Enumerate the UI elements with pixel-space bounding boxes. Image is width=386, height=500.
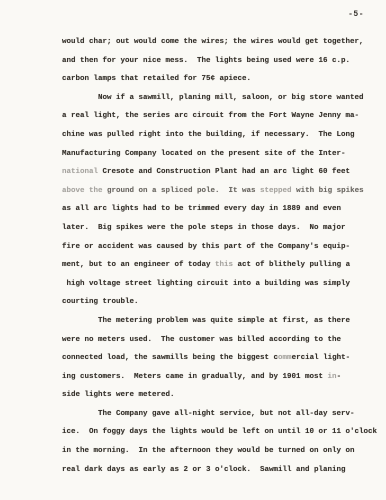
text-segment: high voltage street lighting circuit int… (62, 280, 350, 288)
text-segment: with big spikes (292, 187, 364, 195)
text-segment: ground on a spliced pole. It was (103, 187, 261, 195)
text-segment: connected load, the sawmills being the b… (62, 354, 278, 362)
text-line: courting trouble. (62, 293, 380, 312)
text-segment: chine was pulled right into the building… (62, 131, 355, 139)
text-line: high voltage street lighting circuit int… (62, 275, 380, 294)
faded-text: stepped (260, 187, 292, 195)
text-line: were no meters used. The customer was bi… (62, 331, 380, 350)
text-segment: ercial light- (292, 354, 351, 362)
text-line: Now if a sawmill, planing mill, saloon, … (62, 89, 380, 108)
text-line: a real light, the series arc circuit fro… (62, 107, 380, 126)
text-segment: act of blithely pulling a (233, 261, 350, 269)
text-line: ing customers. Meters came in gradually,… (62, 368, 380, 387)
text-segment: ment, but to an engineer of today (62, 261, 215, 269)
faded-text: omm (278, 354, 292, 362)
text-segment: as all arc lights had to be trimmed ever… (62, 205, 341, 213)
text-line: connected load, the sawmills being the b… (62, 349, 380, 368)
text-line: Manufacturing Company located on the pre… (62, 145, 380, 164)
page-number: -5- (348, 10, 364, 19)
text-segment: later. Big spikes were the pole steps in… (62, 224, 346, 232)
text-segment: would char; out would come the wires; th… (62, 38, 364, 46)
text-segment: were no meters used. The customer was bi… (62, 336, 341, 344)
text-line: and then for your nice mess. The lights … (62, 52, 380, 71)
text-segment: and then for your nice mess. The lights … (62, 57, 350, 65)
text-line: would char; out would come the wires; th… (62, 33, 380, 52)
text-line: The metering problem was quite simple at… (62, 312, 380, 331)
text-segment: Now if a sawmill, planing mill, saloon, … (62, 94, 364, 102)
text-segment: courting trouble. (62, 298, 139, 306)
faded-text: above the (62, 187, 103, 195)
text-segment: - (337, 373, 342, 381)
text-line: carbon lamps that retailed for 75¢ apiec… (62, 70, 380, 89)
text-segment: real dark days as early as 2 or 3 o'cloc… (62, 466, 346, 474)
text-line: ment, but to an engineer of today this a… (62, 256, 380, 275)
text-line: fire or accident was caused by this part… (62, 238, 380, 257)
text-segment: ice. On foggy days the lights would be l… (62, 428, 377, 436)
faded-text: in (328, 373, 337, 381)
text-line: later. Big spikes were the pole steps in… (62, 219, 380, 238)
text-line: The Company gave all-night service, but … (62, 405, 380, 424)
text-segment: carbon lamps that retailed for 75¢ apiec… (62, 75, 251, 83)
text-segment: ing customers. Meters came in gradually,… (62, 373, 328, 381)
text-line: side lights were metered. (62, 386, 380, 405)
document-body: would char; out would come the wires; th… (62, 33, 380, 479)
text-line: in the morning. In the afternoon they wo… (62, 442, 380, 461)
text-line: real dark days as early as 2 or 3 o'cloc… (62, 461, 380, 480)
text-segment: The metering problem was quite simple at… (62, 317, 350, 325)
text-line: as all arc lights had to be trimmed ever… (62, 200, 380, 219)
document-page: -5- would char; out would come the wires… (0, 0, 386, 500)
text-segment: Manufacturing Company located on the pre… (62, 150, 346, 158)
text-segment: side lights were metered. (62, 391, 175, 399)
text-line: ice. On foggy days the lights would be l… (62, 423, 380, 442)
text-segment: in the morning. In the afternoon they wo… (62, 447, 355, 455)
text-line: above the ground on a spliced pole. It w… (62, 182, 380, 201)
text-segment: fire or accident was caused by this part… (62, 243, 350, 251)
text-segment: The Company gave all-night service, but … (62, 410, 355, 418)
text-segment: a real light, the series arc circuit fro… (62, 112, 359, 120)
text-segment: Cresote and Construction Plant had an ar… (98, 168, 350, 176)
text-line: chine was pulled right into the building… (62, 126, 380, 145)
faded-text: national (62, 168, 98, 176)
text-line: national Cresote and Construction Plant … (62, 163, 380, 182)
faded-text: this (215, 261, 233, 269)
